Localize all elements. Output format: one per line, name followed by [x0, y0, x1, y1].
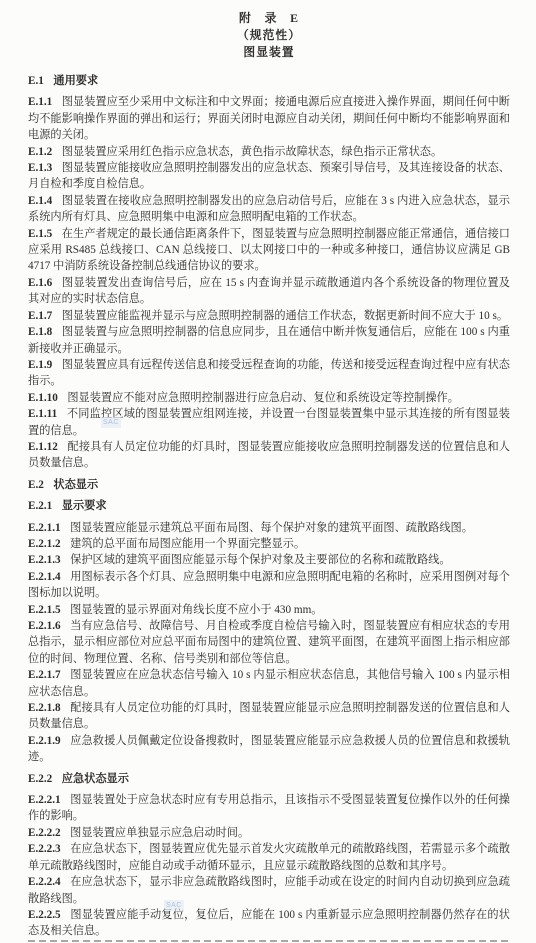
- clause-E.2.1.3: E.2.1.3保护区域的建筑平面图应能显示每个保护对象及主要部位的名称和疏散路线…: [28, 552, 510, 568]
- clause-number: E.2.1.2: [28, 538, 61, 550]
- clause-text: 在应急状态下，显示非应急疏散路线图时，应能手动或在设定的时间内自动切换到应急疏散…: [28, 876, 510, 904]
- clause-E.1.3: E.1.3图显装置应能接收应急照明控制器发出的应急状态、预案引导信号，及其连接设…: [28, 160, 510, 193]
- section-number: E.1: [28, 75, 44, 87]
- clause-text: 图显装置的显示界面对角线长度不应小于 430 mm。: [70, 604, 322, 616]
- clause-E.1.6: E.1.6图显装置发出查询信号后，应在 15 s 内查询并显示疏散通道内各个系统…: [28, 275, 510, 308]
- clause-number: E.2.1.9: [28, 735, 61, 747]
- clause-E.2.2.4: E.2.2.4在应急状态下，显示非应急疏散路线图时，应能手动或在设定的时间内自动…: [28, 874, 510, 907]
- clause-number: E.1.3: [28, 162, 52, 174]
- clause-E.1.5: E.1.5在生产者规定的最长通信距离条件下，图显装置与应急照明控制器应能正常通信…: [28, 226, 510, 275]
- clause-number: E.1.5: [28, 228, 52, 240]
- clause-number: E.2.2.3: [28, 843, 61, 855]
- clause-number: E.1.4: [28, 195, 52, 207]
- clause-number: E.1.7: [28, 310, 52, 322]
- clause-number: E.2.1.7: [28, 669, 61, 681]
- clause-E.2.1.8: E.2.1.8配接具有人员定位功能的灯具时，图显装置应能显示应急照明控制器发送的…: [28, 700, 510, 733]
- clause-E.2.2.1: E.2.2.1图显装置处于应急状态时应有专用总指示，且该指示不受图显装置复位操作…: [28, 792, 510, 825]
- clause-E.1.12: E.1.12配接具有人员定位功能的灯具时，图显装置应能接收应急照明控制器发送的位…: [28, 439, 510, 472]
- document-body: E.1通用要求E.1.1图显装置应至少采用中文标注和中文界面；接通电源后应直接进…: [28, 73, 510, 940]
- appendix-normative-label: （规范性）: [28, 27, 510, 44]
- clause-text: 当有应急信号、故障信号、月自检或季度自检信号输入时，图显装置应有相应状态的专用总…: [28, 620, 510, 665]
- section-title: 通用要求: [53, 75, 98, 87]
- section-number: E.2.2: [28, 773, 52, 785]
- section-number: E.2.1: [28, 500, 52, 512]
- clause-number: E.2.1.1: [28, 522, 61, 534]
- section-heading-E.2: E.2状态显示: [28, 477, 510, 493]
- section-number: E.2: [28, 479, 44, 491]
- clause-number: E.1.8: [28, 326, 52, 338]
- clause-E.2.1.4: E.2.1.4用图标表示各个灯具、应急照明集中电源和应急照明配电箱的名称时，应采…: [28, 569, 510, 602]
- appendix-subject: 图显装置: [28, 44, 510, 61]
- clause-text: 图显装置应能显示建筑总平面布局图、每个保护对象的建筑平面图、疏散路线图。: [70, 522, 473, 534]
- clause-text: 图显装置处于应急状态时应有专用总指示，且该指示不受图显装置复位操作以外的任何操作…: [28, 794, 510, 822]
- clause-text: 在生产者规定的最长通信距离条件下，图显装置与应急照明控制器应能正常通信，通信接口…: [28, 228, 510, 273]
- clause-text: 图显装置应具有远程传送信息和接受远程查询的功能，传送和接受远程查询过程中应有状态…: [28, 359, 510, 387]
- clause-E.2.2.2: E.2.2.2图显装置应单独显示应急启动时间。: [28, 825, 510, 841]
- clause-E.1.4: E.1.4图显装置在接收应急照明控制器发出的应急启动信号后，应能在 3 s 内进…: [28, 193, 510, 226]
- clause-number: E.2.2.5: [28, 909, 61, 921]
- clause-text: 图显装置应能监视并显示与应急照明控制器的通信工作状态，数据更新时间不应大于 10…: [62, 310, 508, 322]
- clause-text: 图显装置应能手动复位，复位后，应能在 100 s 内重新显示应急照明控制器仍然存…: [28, 909, 510, 937]
- clause-E.2.1.6: E.2.1.6当有应急信号、故障信号、月自检或季度自检信号输入时，图显装置应有相…: [28, 618, 510, 667]
- clause-E.1.9: E.1.9图显装置应具有远程传送信息和接受远程查询的功能，传送和接受远程查询过程…: [28, 357, 510, 390]
- section-title: 显示要求: [62, 500, 107, 512]
- clause-text: 图显装置发出查询信号后，应在 15 s 内查询并显示疏散通道内各个系统设备的物理…: [28, 277, 510, 305]
- appendix-label: 附 录 E: [28, 10, 510, 27]
- section-heading-E.1: E.1通用要求: [28, 73, 510, 89]
- clause-number: E.2.1.5: [28, 604, 61, 616]
- clause-text: 图显装置应至少采用中文标注和中文界面；接通电源后应直接进入操作界面，期间任何中断…: [28, 96, 510, 141]
- clause-number: E.1.10: [28, 392, 58, 404]
- clause-E.2.2.5: E.2.2.5图显装置应能手动复位，复位后，应能在 100 s 内重新显示应急照…: [28, 907, 510, 940]
- clause-text: 图显装置应在应急状态信号输入 10 s 内显示相应状态信息，其他信号输入 100…: [28, 669, 510, 697]
- clause-number: E.1.2: [28, 146, 52, 158]
- clause-number: E.1.9: [28, 359, 52, 371]
- section-title: 状态显示: [53, 479, 98, 491]
- clause-text: 图显装置应不能对应急照明控制器进行应急启动、复位和系统设定等控制操作。: [67, 392, 459, 404]
- clause-number: E.2.1.6: [28, 620, 61, 632]
- clipped-bottom-text-line: [28, 940, 510, 942]
- clause-E.1.10: E.1.10图显装置应不能对应急照明控制器进行应急启动、复位和系统设定等控制操作…: [28, 390, 510, 406]
- clause-E.2.2.3: E.2.2.3在应急状态下，图显装置应优先显示首发火灾疏散单元的疏散路线图，若需…: [28, 841, 510, 874]
- clause-text: 应急救援人员佩戴定位设备搜救时，图显装置应能显示应急救援人员的位置信息和救援轨迹…: [28, 735, 510, 763]
- clause-E.1.7: E.1.7图显装置应能监视并显示与应急照明控制器的通信工作状态，数据更新时间不应…: [28, 308, 510, 324]
- appendix-title-block: 附 录 E （规范性） 图显装置: [28, 10, 510, 61]
- clause-number: E.2.2.2: [28, 827, 61, 839]
- clause-text: 在应急状态下，图显装置应优先显示首发火灾疏散单元的疏散路线图，若需显示多个疏散单…: [28, 843, 510, 871]
- clause-E.2.1.7: E.2.1.7图显装置应在应急状态信号输入 10 s 内显示相应状态信息，其他信…: [28, 667, 510, 700]
- clause-number: E.1.1: [28, 96, 52, 108]
- clause-E.1.8: E.1.8图显装置与应急照明控制器的信息应同步，且在通信中断并恢复通信后，应能在…: [28, 324, 510, 357]
- section-title: 应急状态显示: [62, 773, 129, 785]
- clause-text: 图显装置应单独显示应急启动时间。: [70, 827, 249, 839]
- clause-number: E.1.11: [28, 408, 57, 420]
- clause-text: 不同监控区域的图显装置应组网连接，并设置一台图显装置集中显示其连接的所有图显装置…: [28, 408, 510, 436]
- clause-text: 图显装置应采用红色指示应急状态，黄色指示故障状态，绿色指示正常状态。: [62, 146, 442, 158]
- clause-E.2.1.2: E.2.1.2建筑的总平面布局图应能用一个界面完整显示。: [28, 536, 510, 552]
- clause-text: 配接具有人员定位功能的灯具时，图显装置应能显示应急照明控制器发送的位置信息和人员…: [28, 702, 510, 730]
- section-heading-E.2.1: E.2.1显示要求: [28, 498, 510, 514]
- clause-E.2.1.5: E.2.1.5图显装置的显示界面对角线长度不应小于 430 mm。: [28, 602, 510, 618]
- clause-E.1.1: E.1.1图显装置应至少采用中文标注和中文界面；接通电源后应直接进入操作界面，期…: [28, 94, 510, 143]
- clause-number: E.2.2.1: [28, 794, 61, 806]
- clause-text: 图显装置在接收应急照明控制器发出的应急启动信号后，应能在 3 s 内进入应急状态…: [28, 195, 510, 223]
- clause-text: 建筑的总平面布局图应能用一个界面完整显示。: [70, 538, 305, 550]
- clause-text: 保护区域的建筑平面图应能显示每个保护对象及主要部位的名称和疏散路线。: [70, 554, 450, 566]
- section-heading-E.2.2: E.2.2应急状态显示: [28, 771, 510, 787]
- clause-number: E.1.12: [28, 441, 58, 453]
- clause-E.1.2: E.1.2图显装置应采用红色指示应急状态，黄色指示故障状态，绿色指示正常状态。: [28, 144, 510, 160]
- clause-number: E.2.2.4: [28, 876, 61, 888]
- clause-number: E.2.1.8: [28, 702, 61, 714]
- clause-text: 用图标表示各个灯具、应急照明集中电源和应急照明配电箱的名称时，应采用图例对每个图…: [28, 571, 510, 599]
- clause-text: 图显装置应能接收应急照明控制器发出的应急状态、预案引导信号，及其连接设备的状态、…: [28, 162, 510, 190]
- clause-number: E.1.6: [28, 277, 52, 289]
- clause-text: 配接具有人员定位功能的灯具时，图显装置应能接收应急照明控制器发送的位置信息和人员…: [28, 441, 510, 469]
- clause-E.2.1.1: E.2.1.1图显装置应能显示建筑总平面布局图、每个保护对象的建筑平面图、疏散路…: [28, 520, 510, 536]
- clause-E.2.1.9: E.2.1.9应急救援人员佩戴定位设备搜救时，图显装置应能显示应急救援人员的位置…: [28, 733, 510, 766]
- clause-text: 图显装置与应急照明控制器的信息应同步，且在通信中断并恢复通信后，应能在 100 …: [28, 326, 510, 354]
- document-page: 附 录 E （规范性） 图显装置 E.1通用要求E.1.1图显装置应至少采用中文…: [0, 0, 536, 943]
- clause-number: E.2.1.4: [28, 571, 61, 583]
- clause-E.1.11: E.1.11不同监控区域的图显装置应组网连接，并设置一台图显装置集中显示其连接的…: [28, 406, 510, 439]
- clause-number: E.2.1.3: [28, 554, 61, 566]
